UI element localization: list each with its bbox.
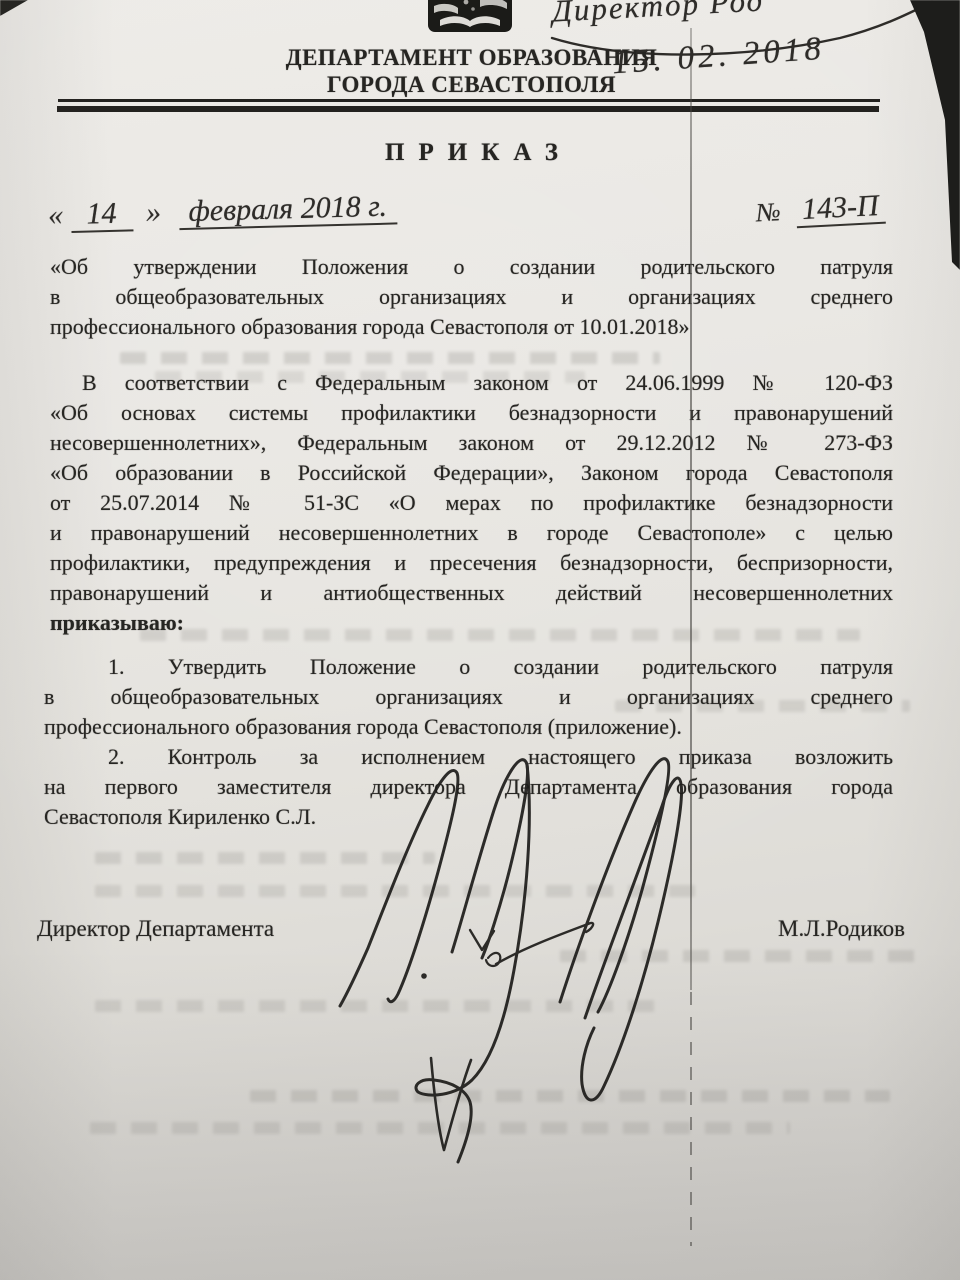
director-signature [0,0,960,1280]
signature-dot [421,973,427,979]
signature-stroke [560,759,669,1012]
signature-stroke [340,770,458,1006]
scanned-order-document: Директор Род 15. 02. 2018 ДЕПАРТАМЕНТ ОБ… [0,0,960,1280]
signature-stroke [582,778,682,1100]
signature-stroke [431,1058,471,1150]
signature-stroke [452,760,528,958]
signature-stroke [416,764,529,1162]
